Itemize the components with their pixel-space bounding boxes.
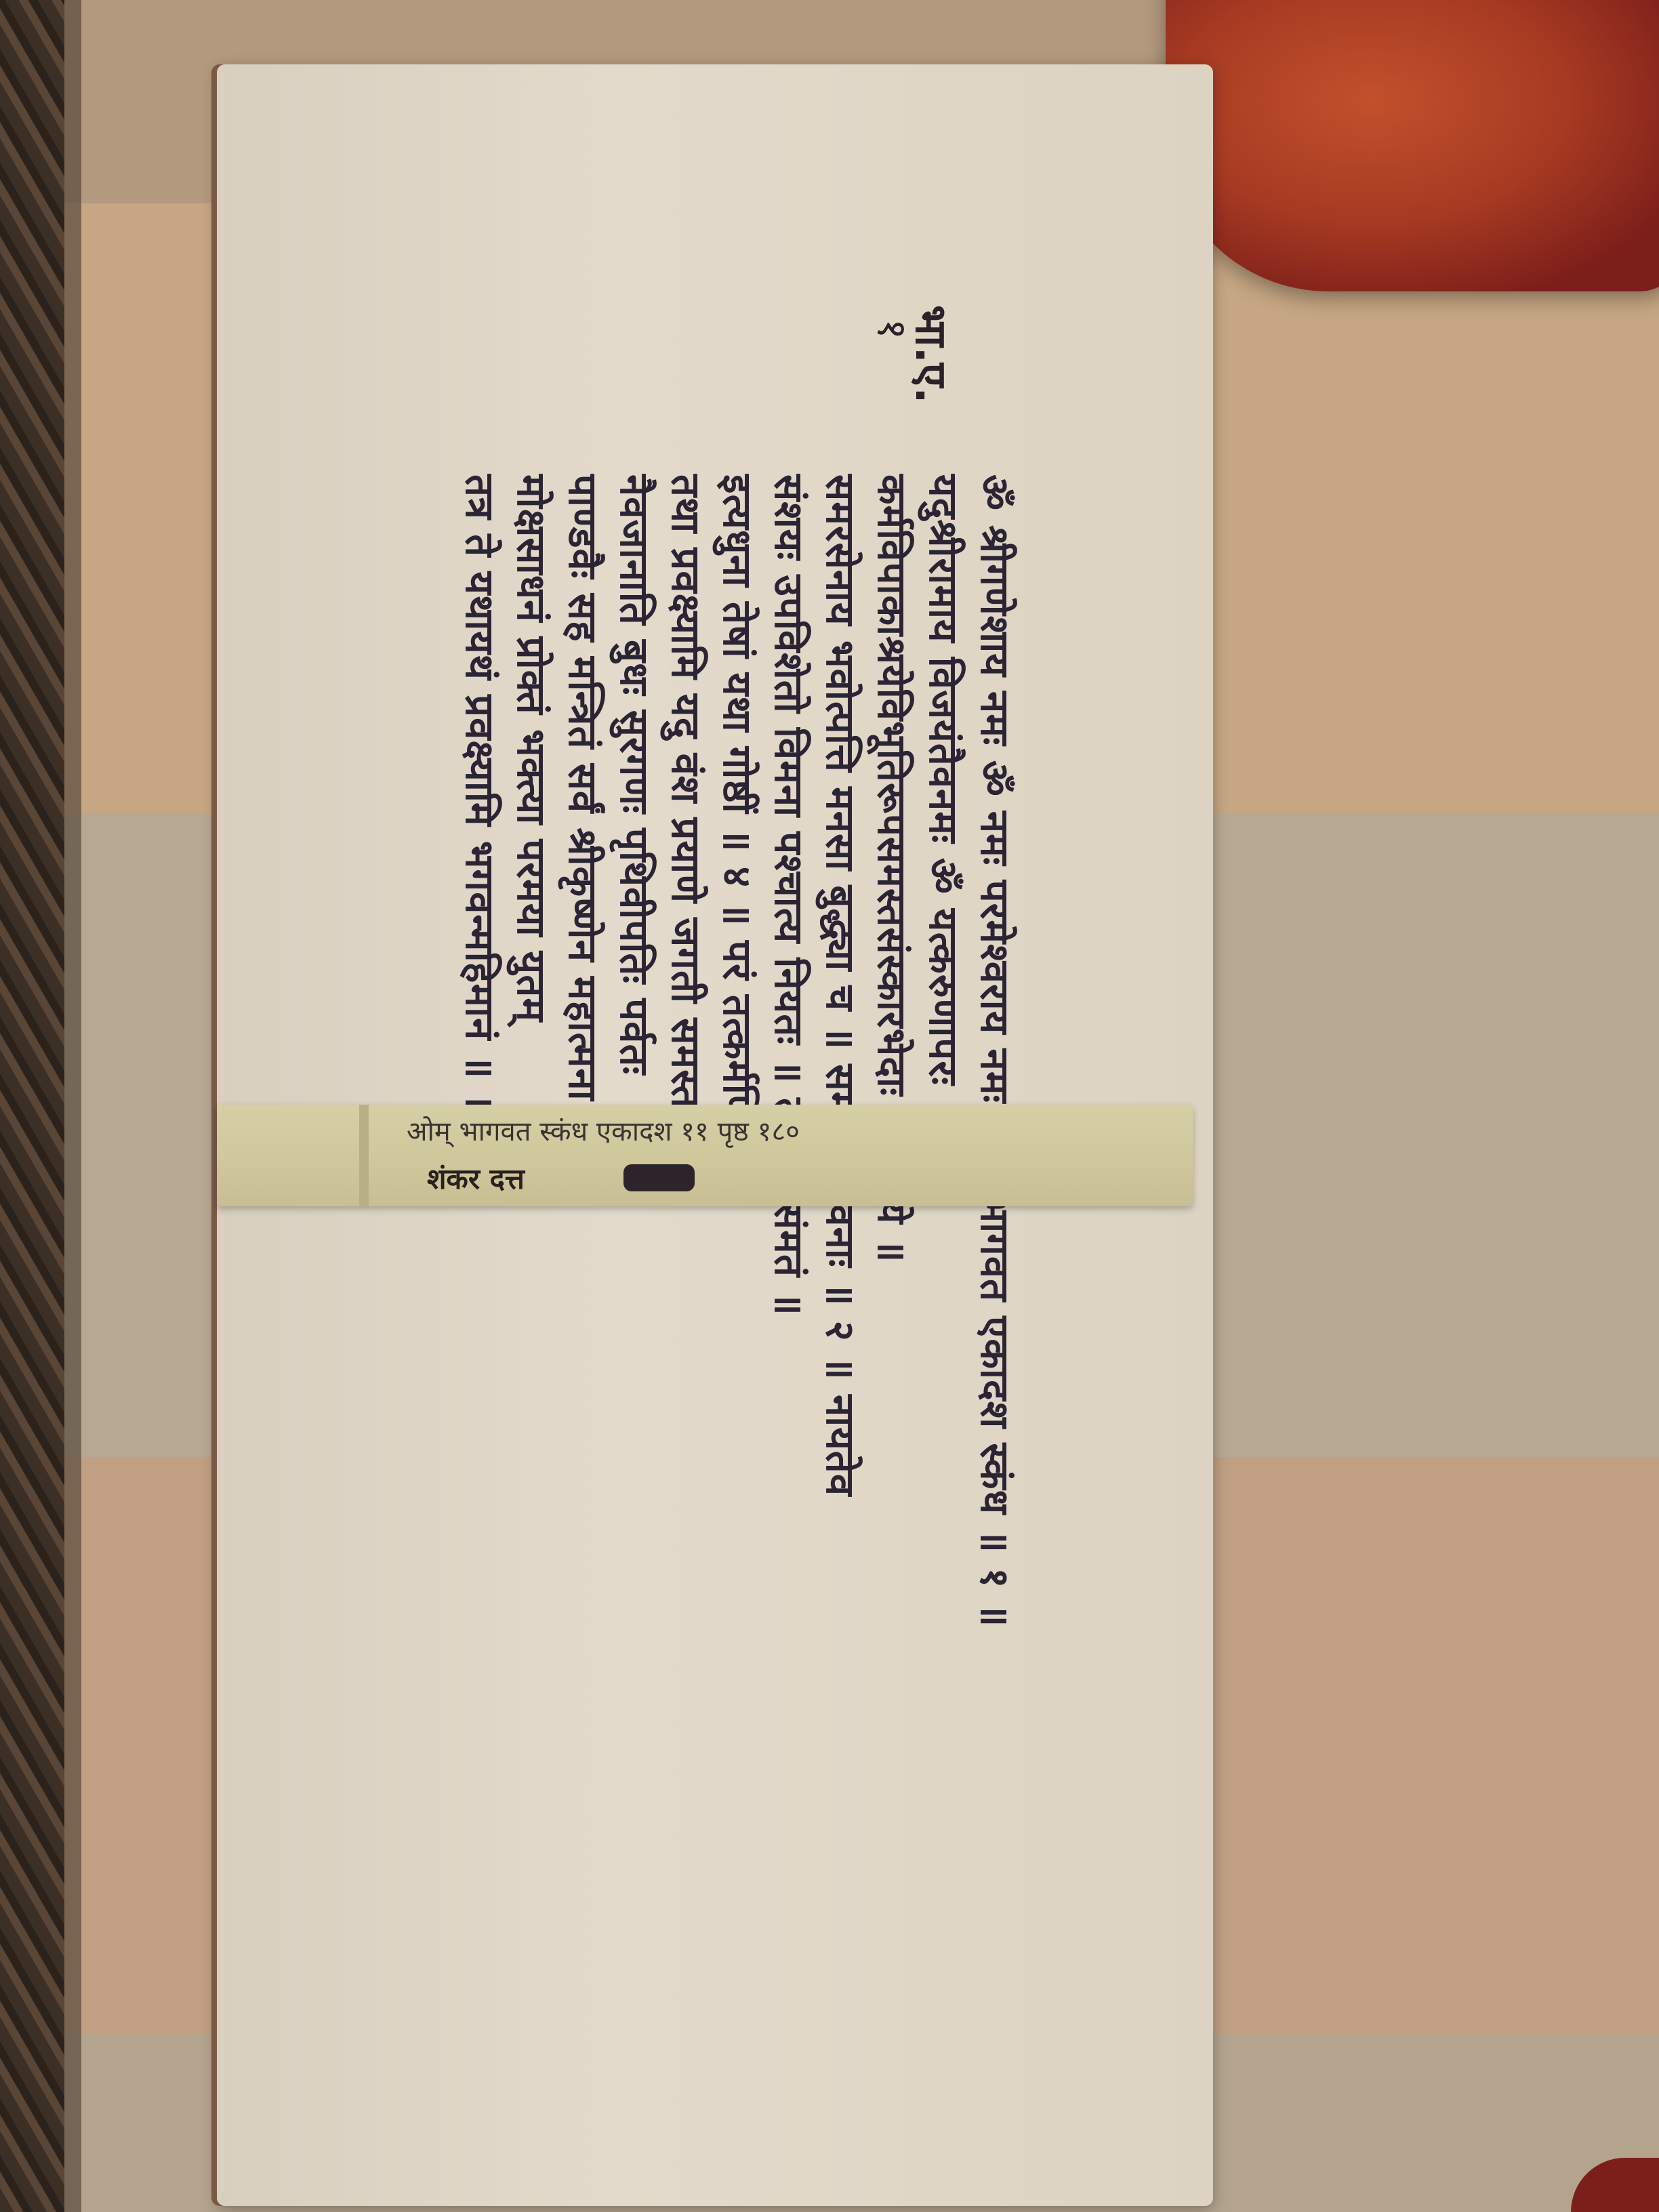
manuscript-line: मोक्षसाधनं प्रोक्तं भक्त्या परमया युतम् xyxy=(512,474,560,1965)
red-cloth-wrapper xyxy=(1166,0,1659,291)
folio-number: १ xyxy=(866,319,922,340)
manuscript-line: पाण्डवैः सह मन्त्रितं सर्वं श्रीकृष्णेन … xyxy=(564,474,611,1965)
manuscript-line: इत्यधुना तेषां यथा गोष्ठीं ॥ ४ ॥ परं तत्… xyxy=(718,474,766,1965)
wicker-shadow xyxy=(64,0,81,2212)
manuscript-line: यदुश्रीरामाय विजयंतैवनमः ॐ यत्करुणापरः ॥… xyxy=(924,474,972,1965)
ink-blot xyxy=(623,1164,695,1191)
manuscript-line: तथा प्रवक्ष्यामि यदु वंश प्रयाणे जगती सम… xyxy=(667,474,714,1965)
wicker-basket-edge xyxy=(0,0,64,2212)
manuscript-line: नैवजानाति बुधः सुरगणः पृथिवीपतिः पर्वतः xyxy=(615,474,663,1965)
line-text: तथा प्रवक्ष्यामि यदु वंश प्रयाणे जगती सम… xyxy=(661,474,714,1119)
line-text: तत्र ते यथायथं प्रवक्ष्यामि भगवन्महिमानं… xyxy=(455,474,508,1118)
band-fold xyxy=(359,1105,369,1206)
line-text: पाण्डवैः सह मन्त्रितं सर्वं श्रीकृष्णेन … xyxy=(558,474,611,1101)
line-text: नैवजानाति बुधः सुरगणः पृथिवीपतिः पर्वतः xyxy=(609,474,663,1075)
manuscript-line: समरसेनाय भवोत्पत्ति मनसा बुद्ध्या च ॥ सम… xyxy=(821,474,869,1965)
line-text: मोक्षसाधनं प्रोक्तं भक्त्या परमया युतम् xyxy=(506,474,560,1022)
manuscript-line: तत्र ते यथायथं प्रवक्ष्यामि भगवन्महिमानं… xyxy=(461,474,508,1965)
band-title: ओम् भागवत स्कंध एकादश ११ पृष्ठ १८० xyxy=(407,1111,800,1149)
manuscript-line: ॐ श्रीगणेशाय नमः ॐ नमः परमेश्वराय नमः ॥ … xyxy=(976,474,1023,1965)
band-owner-name: शंकर दत्त xyxy=(427,1159,525,1197)
manuscript-text-block: ॐ श्रीगणेशाय नमः ॐ नमः परमेश्वराय नमः ॥ … xyxy=(461,474,1044,1965)
line-text: यदुश्रीरामाय विजयंतैवनमः ॐ यत्करुणापरः ॥… xyxy=(918,474,972,1198)
line-text: इत्यधुना तेषां यथा गोष्ठीं ॥ ४ ॥ परं तत्… xyxy=(712,474,766,1196)
manuscript-line: संशयः उपविशेतो विमना पश्चात्य नियतः ॥ तत… xyxy=(770,474,817,1965)
line-text: ॐ श्रीगणेशाय नमः ॐ नमः परमेश्वराय नमः ॥ … xyxy=(970,474,1023,1627)
manuscript-line: कर्मविपाकाश्रयेविभूतिरूपसमस्तसंस्कारभेदा… xyxy=(873,474,920,1965)
line-text: समरसेनाय भवोत्पत्ति मनसा बुद्ध्या च ॥ सम… xyxy=(815,474,869,1496)
